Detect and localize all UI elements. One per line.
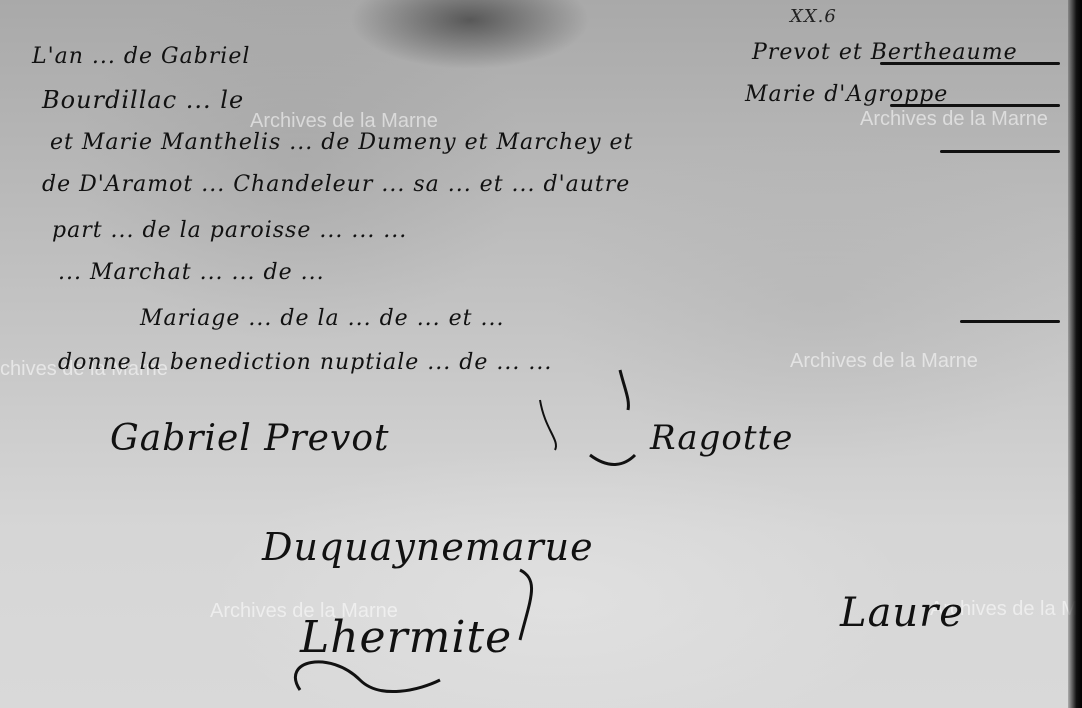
scan-border xyxy=(1068,0,1082,708)
signature-flourishes xyxy=(0,0,1082,708)
